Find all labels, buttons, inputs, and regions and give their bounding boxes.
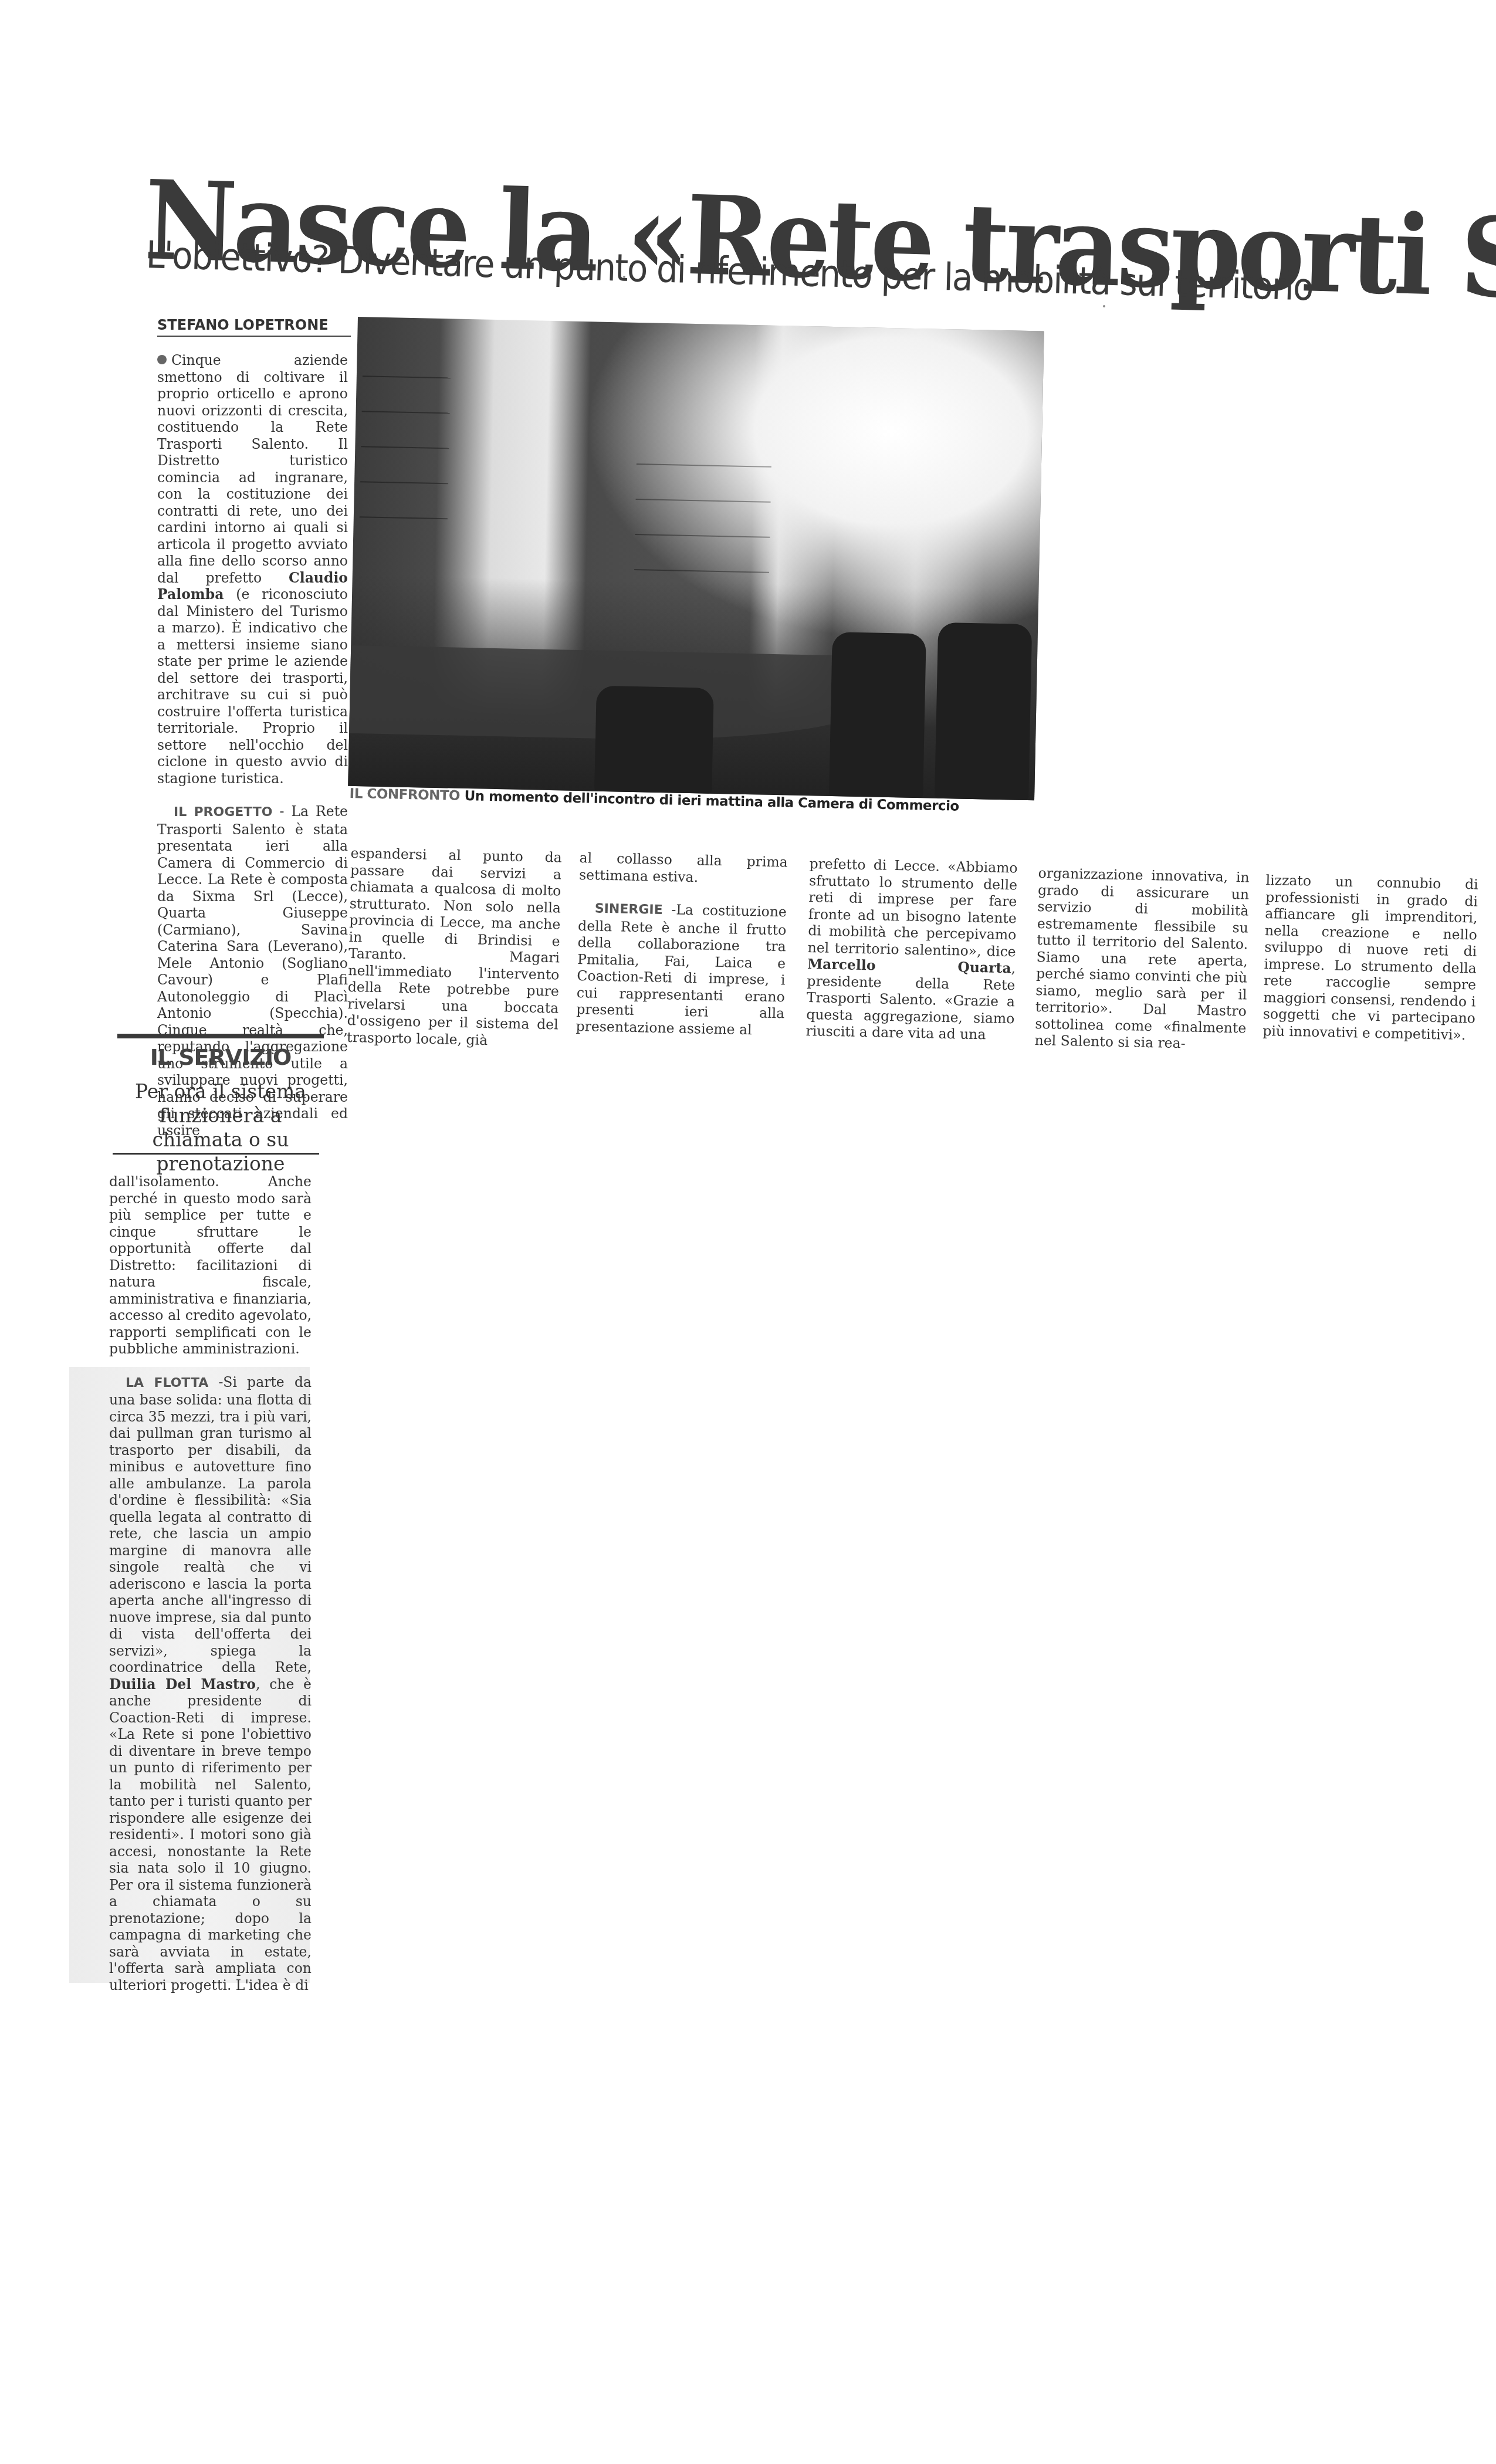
section-kicker: LA FLOTTA [126, 1376, 208, 1390]
section-kicker: IL PROGETTO [174, 805, 272, 820]
newspaper-clipping: Nasce la «Rete trasporti Salento» L'obie… [0, 0, 1496, 1983]
section-kicker: SINERGIE [595, 902, 663, 918]
column-4: prefetto di Lecce. «Abbiamo sfruttato lo… [805, 855, 1018, 1060]
byline: STEFANO LOPETRONE [157, 317, 351, 337]
paragraph: lizzato un connubio di professionisti in… [1263, 872, 1478, 1044]
paragraph: espandersi al punto da passare dai servi… [347, 845, 562, 1050]
person-name: Duilia Del Mastro [109, 1676, 256, 1693]
paragraph: al collasso alla prima settimana estiva. [579, 849, 788, 887]
column-2: espandersi al punto da passare dai servi… [346, 845, 562, 1066]
box-text: Per ora il sistema funzionerà a chiamata… [117, 1079, 324, 1176]
column-5: organizzazione innovativa, in grado di a… [1034, 865, 1250, 1069]
bullet-icon [157, 355, 167, 364]
paragraph: organizzazione innovativa, in grado di a… [1034, 865, 1249, 1053]
caption-kicker: IL CONFRONTO [349, 786, 460, 804]
paragraph-intro: Cinque aziende smettono di coltivare il … [157, 352, 348, 787]
paragraph-flotta: LA FLOTTA -Si parte da una base solida: … [109, 1374, 312, 1994]
paragraph: prefetto di Lecce. «Abbiamo sfruttato lo… [805, 855, 1017, 1044]
column-1b: dall'isolamento. Anche perché in questo … [109, 1173, 312, 2010]
box-rule-top [117, 1034, 324, 1038]
box-rule-bottom [113, 1153, 319, 1155]
photo-meeting-room [348, 317, 1044, 800]
box-label: IL SERVIZIO [117, 1044, 324, 1070]
column-6: lizzato un connubio di professionisti in… [1262, 872, 1478, 1060]
paragraph-sinergie: SINERGIE -La costituzione della Rete è a… [576, 899, 787, 1038]
paragraph-isolamento: dall'isolamento. Anche perché in questo … [109, 1173, 312, 1358]
column-3: al collasso alla prima settimana estiva.… [576, 849, 788, 1055]
scan-speck [1103, 305, 1105, 307]
scan-speck [623, 276, 625, 278]
